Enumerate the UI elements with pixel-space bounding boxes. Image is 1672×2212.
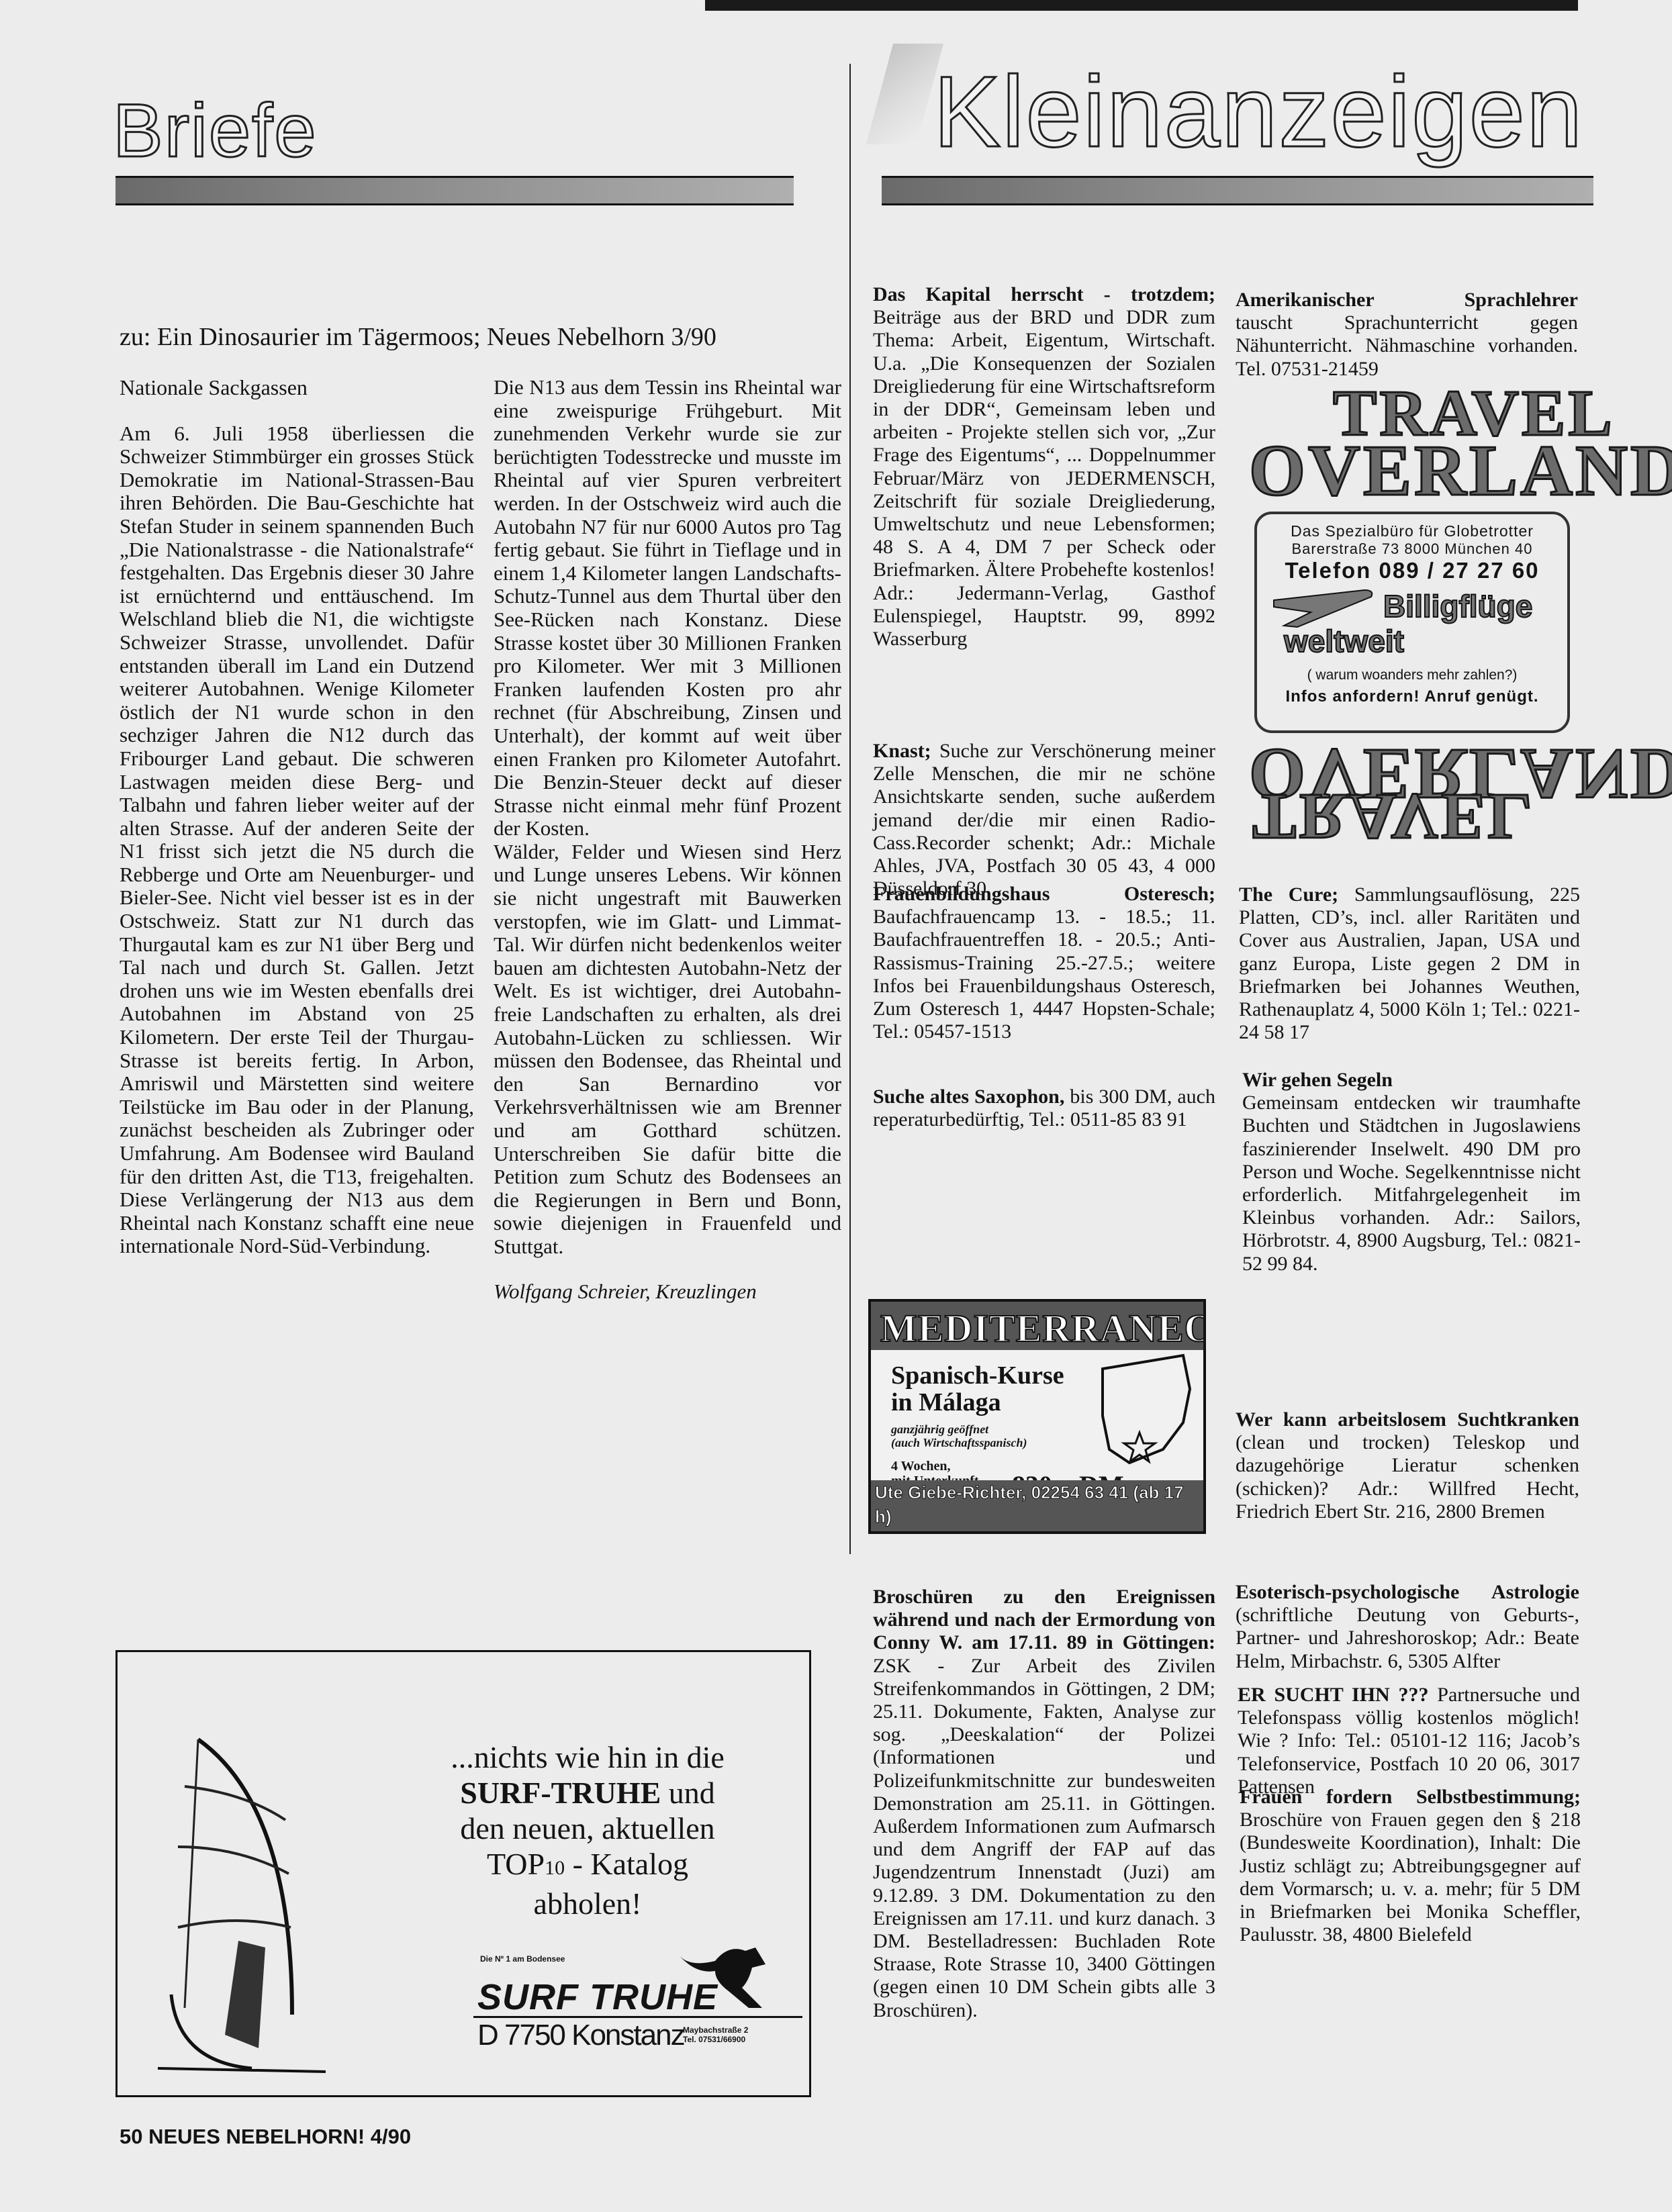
travel-phone: Telefon 089 / 27 27 60 bbox=[1257, 558, 1567, 583]
surf-phone: Tel. 07531/66900 bbox=[683, 2035, 748, 2044]
letter-paragraph: Die N13 aus dem Tessin ins Rheintal war … bbox=[494, 376, 841, 840]
slogan-line: ...nichts wie hin in die bbox=[426, 1739, 749, 1775]
kleinanzeigen-deco-icon bbox=[866, 44, 943, 144]
ad-broschueren: Broschüren zu den Ereignissen während un… bbox=[873, 1586, 1215, 2022]
slogan-line: SURF-TRUHE und bbox=[426, 1775, 749, 1811]
top-edge-bar bbox=[705, 0, 1578, 11]
slogan-text: 10 bbox=[545, 1857, 565, 1879]
surf-street: Maybachstraße 2 bbox=[683, 2025, 748, 2035]
ad-frauen-selbstbestimmung: Frauen fordern Selbstbestimmung; Broschü… bbox=[1240, 1786, 1581, 1946]
ad-head: Amerikanischer Sprachlehrer bbox=[1236, 289, 1578, 311]
letter-reference: zu: Ein Dinosaurier im Tägermoos; Neues … bbox=[120, 322, 716, 352]
spain-map-icon bbox=[1089, 1349, 1203, 1483]
ad-head: Suche altes Saxophon, bbox=[873, 1086, 1064, 1108]
mediterraneo-ad: MEDITERRANEO Spanisch-Kurse in Málaga ga… bbox=[868, 1299, 1206, 1534]
course-name: Spanisch-Kurse bbox=[891, 1362, 1064, 1389]
travel-tagline: Das Spezialbüro für Globetrotter bbox=[1257, 522, 1567, 540]
surf-address: Maybachstraße 2 Tel. 07531/66900 bbox=[683, 2025, 748, 2044]
letter-paragraph: Wälder, Felder und Wiesen sind Herz und … bbox=[494, 840, 841, 1259]
ad-frauenbildungshaus: Frauenbildungshaus Osteresch; Baufachfra… bbox=[873, 883, 1215, 1043]
letter-paragraph: Am 6. Juli 1958 überliessen die Schweize… bbox=[120, 422, 474, 1258]
slogan-brand: SURF-TRUHE bbox=[460, 1776, 661, 1810]
mediterraneo-contact: Ute Giebe-Richter, 02254 63 41 (ab 17 h)… bbox=[871, 1480, 1203, 1531]
contact-line: Trierer Straße 74 – 5354 Weilerswist 6 bbox=[871, 1529, 1203, 1534]
ad-astrologie: Esoterisch-psychologische Astrologie (sc… bbox=[1236, 1581, 1579, 1673]
mediterraneo-header: MEDITERRANEO bbox=[871, 1302, 1203, 1350]
windsurfer-icon bbox=[158, 1726, 326, 2075]
ad-head: Esoterisch-psychologische Astrologie bbox=[1236, 1581, 1579, 1603]
course-note: ganzjährig geöffnet bbox=[891, 1423, 1064, 1436]
section-bar-right bbox=[882, 176, 1593, 205]
ad-body: Baufachfrauencamp 13. - 18.5.; 11. Baufa… bbox=[873, 906, 1215, 1043]
letter-column-1: Nationale Sackgassen Am 6. Juli 1958 übe… bbox=[120, 376, 474, 1258]
ad-head: Frauenbildungshaus Osteresch; bbox=[873, 883, 1215, 905]
ad-head: ER SUCHT IHN ??? bbox=[1238, 1684, 1429, 1706]
travel-weltweit: weltweit bbox=[1284, 623, 1404, 659]
ad-segeln: Wir gehen Segeln Gemeinsam entdecken wir… bbox=[1242, 1069, 1581, 1276]
page-footer: 50 NEUES NEBELHORN! 4/90 bbox=[120, 2125, 411, 2149]
ad-body: ZSK - Zur Arbeit des Zivilen Streifenkom… bbox=[873, 1655, 1215, 2021]
ad-body: Sammlungsauflösung, 225 Platten, CD’s, i… bbox=[1239, 883, 1580, 1043]
letter-signature: Wolfgang Schreier, Kreuzlingen bbox=[494, 1280, 841, 1304]
travel-slogan: ( warum woanders mehr zahlen?) bbox=[1257, 667, 1567, 683]
surf-slogan: ...nichts wie hin in die SURF-TRUHE und … bbox=[426, 1739, 749, 1921]
column-divider bbox=[849, 64, 851, 1554]
ad-body: (schriftliche Deutung von Geburts-, Part… bbox=[1236, 1604, 1579, 1672]
ad-the-cure: The Cure; Sammlungsauflösung, 225 Platte… bbox=[1239, 883, 1580, 1044]
slogan-text: - Katalog bbox=[565, 1847, 688, 1881]
ad-head: Knast; bbox=[873, 740, 931, 762]
ad-body: Suche zur Verschönerung meiner Zelle Men… bbox=[873, 740, 1215, 900]
section-bar-left bbox=[115, 176, 794, 205]
ad-saxophon: Suche altes Saxophon, bis 300 DM, auch r… bbox=[873, 1086, 1215, 1131]
course-note: (auch Wirtschaftsspanisch) bbox=[891, 1436, 1064, 1449]
ad-head: Wir gehen Segeln bbox=[1242, 1069, 1393, 1091]
mediterraneo-title: MEDITERRANEO bbox=[880, 1306, 1206, 1351]
travel-address: Barerstraße 73 8000 München 40 bbox=[1257, 540, 1567, 558]
surf-truhe-ad: ...nichts wie hin in die SURF-TRUHE und … bbox=[115, 1650, 811, 2097]
slogan-text: und bbox=[661, 1776, 715, 1810]
ad-body: Gemeinsam entdecken wir traumhafte Bucht… bbox=[1242, 1092, 1581, 1276]
ad-knast: Knast; Suche zur Verschönerung meiner Ze… bbox=[873, 740, 1215, 900]
contact-line: Ute Giebe-Richter, 02254 63 41 (ab 17 h) bbox=[871, 1480, 1203, 1529]
ad-body: (clean und trocken) Teleskop und dazugeh… bbox=[1236, 1431, 1579, 1523]
travel-billigfluege: Billigflüge bbox=[1383, 588, 1532, 624]
kangaroo-icon bbox=[675, 1941, 776, 2015]
section-title-briefe: Briefe bbox=[113, 87, 318, 174]
surf-rule bbox=[473, 2016, 802, 2018]
slogan-line: TOP10 - Katalog bbox=[426, 1846, 749, 1886]
course-city: in Málaga bbox=[891, 1389, 1064, 1416]
ad-kapital: Das Kapital herrscht - trotzdem; Beiträg… bbox=[873, 283, 1215, 651]
letter-headline: Nationale Sackgassen bbox=[120, 376, 474, 399]
section-title-kleinanzeigen: Kleinanzeigen bbox=[933, 54, 1583, 170]
slogan-line: den neuen, aktuellen bbox=[426, 1811, 749, 1846]
ad-er-sucht-ihn: ER SUCHT IHN ??? Partnersuche und Telefo… bbox=[1238, 1684, 1580, 1798]
travel-logo-mirrored: TRAVEL bbox=[1252, 779, 1534, 854]
surf-tagline: Die Nº 1 am Bodensee bbox=[480, 1954, 565, 1964]
ad-head: Broschüren zu den Ereignissen während un… bbox=[873, 1586, 1215, 1653]
ad-body: tauscht Sprachunterricht gegen Nähunterr… bbox=[1236, 311, 1578, 381]
ad-sprachlehrer: Amerikanischer Sprachlehrer tauscht Spra… bbox=[1236, 289, 1578, 381]
surf-city: D 7750 Konstanz bbox=[477, 2019, 684, 2052]
ad-head: Wer kann arbeitslosem Suchtkranken bbox=[1236, 1408, 1579, 1431]
ad-body: Broschüre von Frauen gegen den § 218 (Bu… bbox=[1240, 1809, 1581, 1945]
travel-cta: Infos anfordern! Anruf genügt. bbox=[1257, 687, 1567, 706]
travel-overland-ad: Das Spezialbüro für Globetrotter Barerst… bbox=[1254, 512, 1570, 733]
ad-head: Das Kapital herrscht - trotzdem; bbox=[873, 283, 1215, 305]
overland-logo-word: OVERLAND bbox=[1249, 430, 1672, 513]
ad-body: Beiträge aus der BRD und DDR zum Thema: … bbox=[873, 306, 1215, 650]
ad-suchtkranken: Wer kann arbeitslosem Suchtkranken (clea… bbox=[1236, 1408, 1579, 1523]
slogan-text: TOP bbox=[487, 1847, 545, 1881]
slogan-line: abholen! bbox=[426, 1886, 749, 1921]
ad-head: Frauen fordern Selbstbestimmung; bbox=[1240, 1786, 1581, 1808]
letter-column-2: Die N13 aus dem Tessin ins Rheintal war … bbox=[494, 376, 841, 1303]
ad-head: The Cure; bbox=[1239, 883, 1338, 906]
